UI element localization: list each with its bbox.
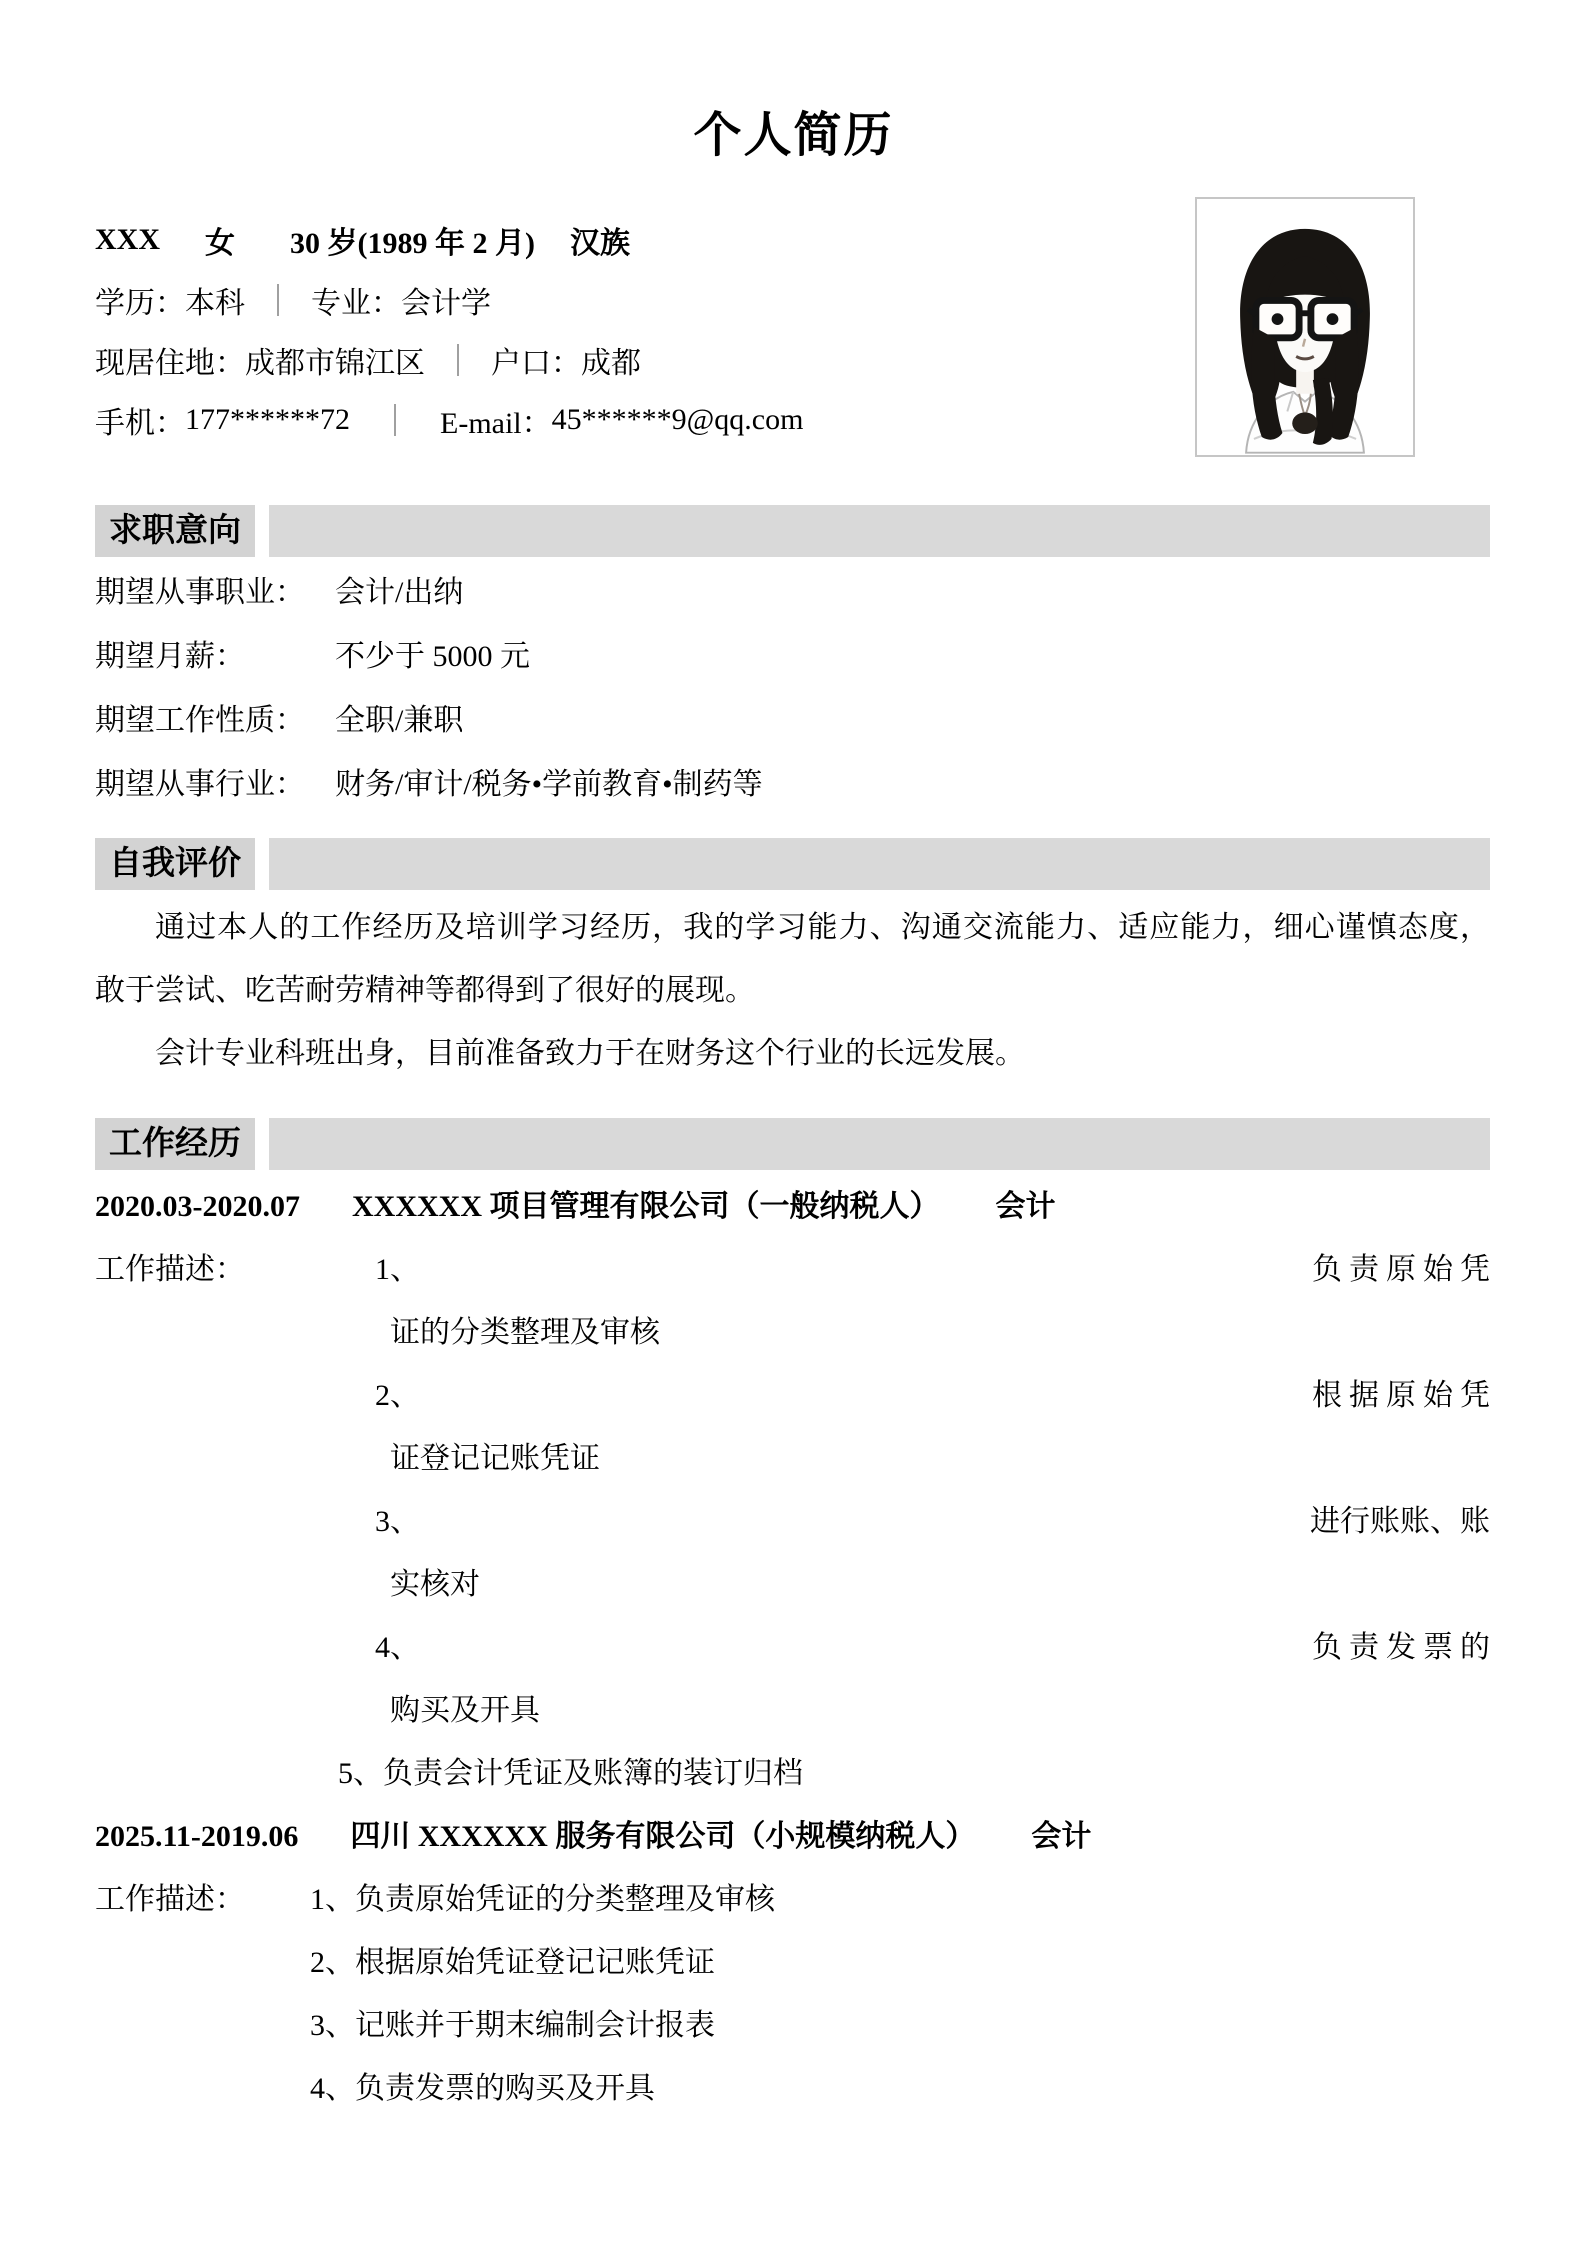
intent-label: 期望工作性质： [95, 695, 335, 739]
divider [457, 344, 459, 376]
profile-gender: 女 [205, 218, 235, 262]
job2-item: 3、记账并于期末编制会计报表 [310, 1994, 1490, 2057]
job1-desc-label: 工作描述： [95, 1238, 310, 1805]
divider [394, 404, 396, 436]
intent-label: 期望从事职业： [95, 567, 335, 611]
job2-description: 工作描述： 1、负责原始凭证的分类整理及审核 2、根据原始凭证登记记账凭证 3、… [95, 1868, 1587, 2120]
item-number: 1、 [310, 1883, 355, 1916]
item-number: 5、 [338, 1757, 383, 1790]
resume-title: 个人简历 [0, 0, 1587, 164]
job1-item: 2、 根据原始凭 [375, 1364, 1490, 1427]
job-intent-rows: 期望从事职业： 会计/出纳 期望月薪： 不少于 5000 元 期望工作性质： 全… [0, 557, 1587, 813]
profile-info: XXX 女 30 岁(1989 年 2 月) 汉族 学历：本科 专业：会计学 现… [95, 210, 1145, 450]
job2-item: 1、负责原始凭证的分类整理及审核 [310, 1868, 1490, 1931]
intent-row-industry: 期望从事行业： 财务/审计/税务•学前教育•制药等 [95, 749, 1587, 813]
section-header-self-eval: 自我评价 [95, 838, 1490, 890]
job1-company: XXXXXX 项目管理有限公司（一般纳税人） [352, 1175, 940, 1238]
job1-item-wrap: 证的分类整理及审核 [390, 1301, 1490, 1364]
education-value: 本科 [185, 278, 245, 322]
item-lead-text: 负责原始凭 [1312, 1238, 1497, 1301]
job2-role: 会计 [1031, 1805, 1091, 1868]
residence-value: 成都市锦江区 [245, 338, 425, 382]
job2-desc-label: 工作描述： [95, 1868, 310, 2120]
section-title-work-exp: 工作经历 [95, 1118, 255, 1170]
item-lead-text: 负责发票的 [1312, 1616, 1497, 1679]
major-label: 专业： [311, 278, 401, 322]
self-eval-paragraph-line: 通过本人的工作经历及培训学习经历，我的学习能力、沟通交流能力、适应能力，细心谨慎… [95, 896, 1490, 959]
job2-item: 4、负责发票的购买及开具 [310, 2057, 1490, 2120]
job1-item: 4、 负责发票的 [375, 1616, 1490, 1679]
intent-row-salary: 期望月薪： 不少于 5000 元 [95, 621, 1587, 685]
item-number: 3、 [375, 1490, 420, 1553]
section-header-bar [269, 838, 1490, 890]
item-text: 负责会计凭证及账簿的装订归档 [383, 1757, 803, 1790]
residence-label: 现居住地： [95, 338, 245, 382]
intent-value: 全职/兼职 [335, 695, 463, 739]
item-number: 2、 [375, 1364, 420, 1427]
profile-contact-line: 手机：177******72 E-mail：45******9@qq.com [95, 390, 1145, 450]
profile-education-line: 学历：本科 专业：会计学 [95, 270, 1145, 330]
section-title-job-intent: 求职意向 [95, 505, 255, 557]
job1-period: 2020.03-2020.07 [95, 1175, 300, 1238]
profile-age: 30 岁(1989 年 2 月) [290, 218, 535, 262]
job1-desc-body: 1、 负责原始凭 证的分类整理及审核 2、 根据原始凭 证登记记账凭证 3、 进… [310, 1238, 1490, 1805]
girl-avatar-illustration [1197, 199, 1413, 455]
phone-value: 177******72 [185, 403, 350, 437]
section-header-bar [269, 505, 1490, 557]
email-value: 45******9@qq.com [552, 403, 804, 437]
job2-company: 四川 XXXXXX 服务有限公司（小规模纳税人） [350, 1805, 975, 1868]
job1-item: 3、 进行账账、账 [375, 1490, 1490, 1553]
section-header-bar [269, 1118, 1490, 1170]
profile-photo [1195, 197, 1415, 457]
item-text: 负责发票的购买及开具 [355, 2072, 655, 2105]
item-number: 4、 [375, 1616, 420, 1679]
profile-basic-line: XXX 女 30 岁(1989 年 2 月) 汉族 [95, 210, 1145, 270]
job1-item-wrap: 证登记记账凭证 [390, 1427, 1490, 1490]
education-label: 学历： [95, 278, 185, 322]
intent-row-occupation: 期望从事职业： 会计/出纳 [95, 557, 1587, 621]
item-number: 4、 [310, 2072, 355, 2105]
hukou-value: 成都 [581, 338, 641, 382]
section-header-work-exp: 工作经历 [95, 1118, 1490, 1170]
profile-ethnicity: 汉族 [570, 218, 630, 262]
self-eval-paragraph-line: 敢于尝试、吃苦耐劳精神等都得到了很好的展现。 [95, 959, 1490, 1022]
phone-label: 手机： [95, 398, 185, 442]
intent-value: 会计/出纳 [335, 567, 463, 611]
hukou-label: 户口： [491, 338, 581, 382]
major-value: 会计学 [401, 278, 491, 322]
item-text: 根据原始凭证登记记账凭证 [355, 1946, 715, 1979]
item-number: 2、 [310, 1946, 355, 1979]
job1-role: 会计 [996, 1175, 1056, 1238]
job1-item: 1、 负责原始凭 [375, 1238, 1490, 1301]
intent-label: 期望月薪： [95, 631, 335, 675]
intent-value: 财务/审计/税务•学前教育•制药等 [335, 759, 763, 803]
email-label: E-mail： [440, 398, 552, 442]
intent-value: 不少于 5000 元 [335, 631, 530, 675]
job1-description: 工作描述： 1、 负责原始凭 证的分类整理及审核 2、 根据原始凭 证登记记账凭… [95, 1238, 1587, 1805]
item-lead-text: 进行账账、账 [1310, 1490, 1490, 1553]
intent-row-job-type: 期望工作性质： 全职/兼职 [95, 685, 1587, 749]
section-header-job-intent: 求职意向 [95, 505, 1490, 557]
job2-heading: 2025.11-2019.06 四川 XXXXXX 服务有限公司（小规模纳税人）… [95, 1805, 1587, 1868]
job1-heading: 2020.03-2020.07 XXXXXX 项目管理有限公司（一般纳税人） 会… [95, 1175, 1587, 1238]
profile-residence-line: 现居住地：成都市锦江区 户口：成都 [95, 330, 1145, 390]
item-number: 3、 [310, 2009, 355, 2042]
job2-item: 2、根据原始凭证登记记账凭证 [310, 1931, 1490, 1994]
item-lead-text: 根据原始凭 [1312, 1364, 1497, 1427]
self-eval-paragraph-line: 会计专业科班出身，目前准备致力于在财务这个行业的长远发展。 [95, 1022, 1490, 1085]
item-text: 负责原始凭证的分类整理及审核 [355, 1883, 775, 1916]
divider [277, 284, 279, 316]
job1-item-wrap: 实核对 [390, 1553, 1490, 1616]
resume-page: 个人简历 [0, 0, 1587, 2245]
item-text: 记账并于期末编制会计报表 [355, 2009, 715, 2042]
profile-name: XXX [95, 223, 160, 257]
job1-item-5: 5、负责会计凭证及账簿的装订归档 [338, 1742, 1490, 1805]
section-title-self-eval: 自我评价 [95, 838, 255, 890]
job2-desc-body: 1、负责原始凭证的分类整理及审核 2、根据原始凭证登记记账凭证 3、记账并于期末… [310, 1868, 1490, 2120]
job2-period: 2025.11-2019.06 [95, 1805, 298, 1868]
job1-item-wrap: 购买及开具 [390, 1679, 1490, 1742]
intent-label: 期望从事行业： [95, 759, 335, 803]
item-number: 1、 [375, 1238, 420, 1301]
